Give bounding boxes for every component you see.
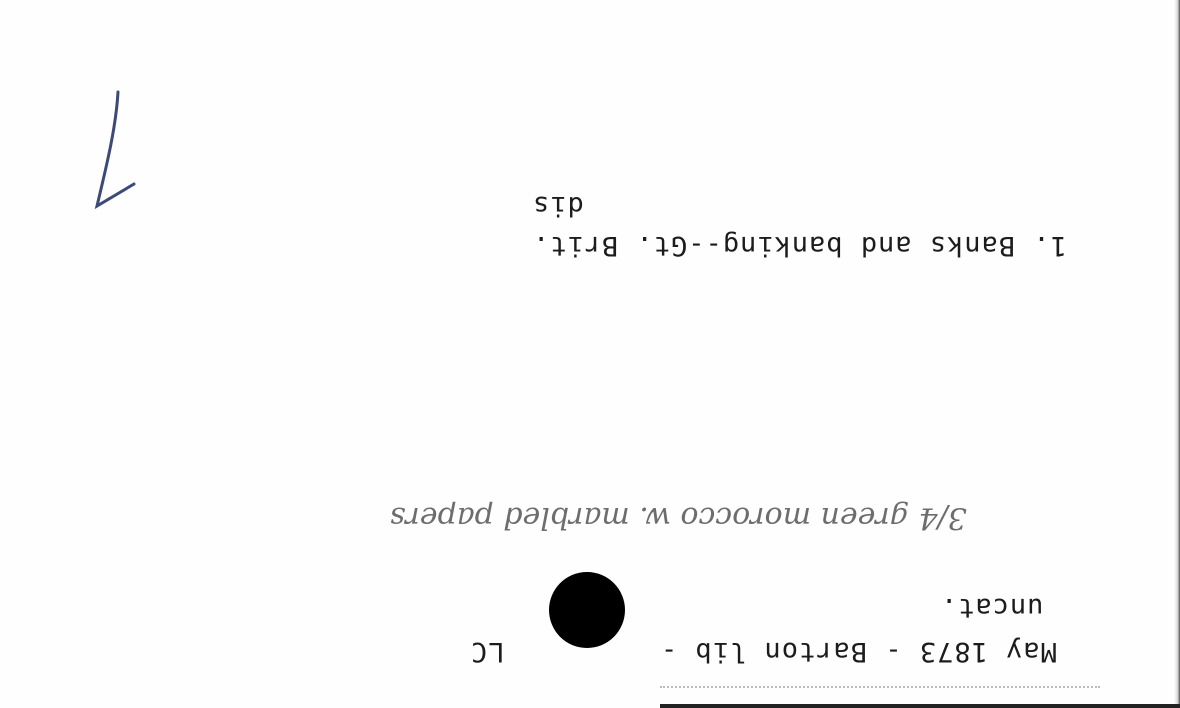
- punch-hole: [549, 572, 625, 648]
- library-code: LC: [470, 636, 505, 667]
- handwritten-number-mark: [88, 88, 148, 218]
- catalog-card: dis 1. Banks and banking--Gt. Brit. 3/4 …: [0, 0, 1180, 708]
- card-edge: [1174, 0, 1180, 708]
- subject-heading: 1. Banks and banking--Gt. Brit.: [532, 230, 1067, 261]
- binding-note: 3/4 green morocco w. marbled papers: [390, 500, 967, 535]
- card-edge-bottom: [660, 704, 1180, 708]
- status-line: uncat.: [940, 592, 1044, 623]
- dotted-line: [660, 686, 1100, 692]
- subject-note: dis: [532, 190, 584, 221]
- acquisition-line: May 1873 - Barton lib -: [660, 636, 1057, 667]
